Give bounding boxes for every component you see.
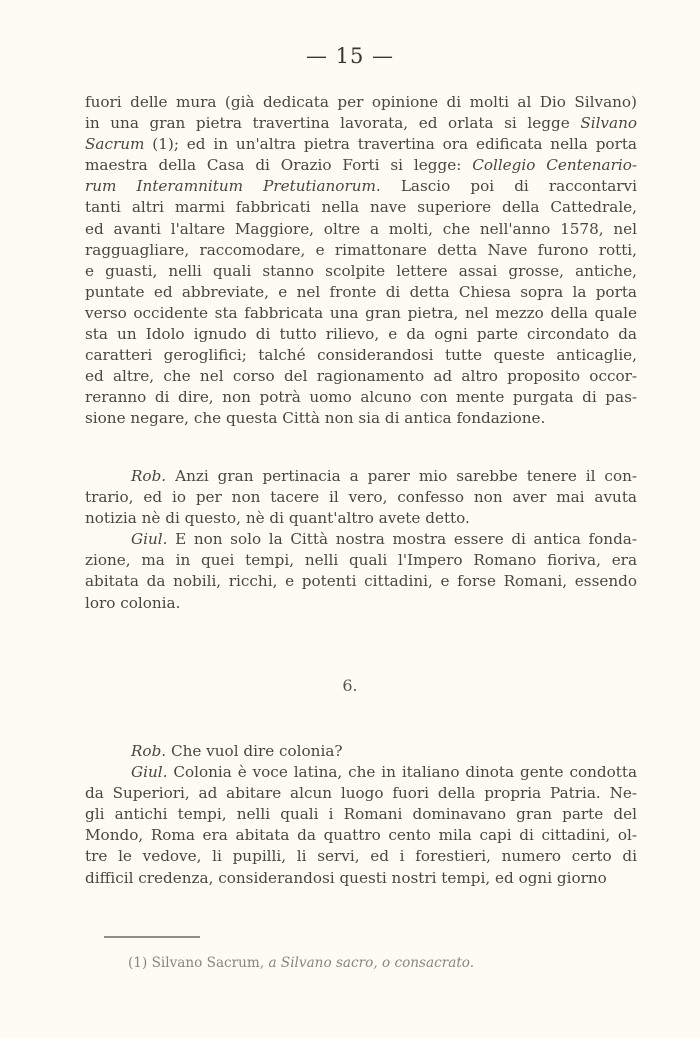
italic-text: Giul.: [131, 530, 167, 548]
text-line: ed avanti l'altare Maggiore, oltre a mol…: [85, 219, 637, 240]
text-line: loro colonia.: [85, 593, 637, 614]
line-text: loro colonia.: [85, 594, 180, 612]
line-text: E non solo la Città nostra mostra essere…: [167, 530, 637, 548]
italic-text: Collegio Centenario-: [472, 156, 637, 174]
footnote-marker: (1): [128, 955, 147, 971]
text-line: ragguagliare, raccomodare, e rimattonare…: [85, 240, 637, 261]
text-line: maestra della Casa di Orazio Forti si le…: [85, 155, 637, 176]
text-line: sione negare, che questa Città non sia d…: [85, 408, 637, 429]
text-line: Giul. Colonia è voce latina, che in ital…: [85, 762, 637, 783]
text-line: caratteri geroglifici; talché consideran…: [85, 345, 637, 366]
line-text: tre le vedove, li pupilli, li servi, ed …: [85, 847, 637, 865]
line-text: (1); ed in un'altra pietra travertina or…: [144, 135, 637, 153]
line-text: reranno di dire, non potrà uomo alcuno c…: [85, 388, 637, 406]
text-line: ed altre, che nel corso del ragionamento…: [85, 366, 637, 387]
line-text: gli antichi tempi, nelli quali i Romani …: [85, 805, 637, 823]
dialogue-block-colonia: Rob. Che vuol dire colonia?Giul. Colonia…: [85, 741, 637, 889]
line-text: puntate ed abbreviate, e nel fronte di d…: [85, 283, 637, 301]
line-text: abitata da nobili, ricchi, e potenti cit…: [85, 572, 637, 590]
line-text: ragguagliare, raccomodare, e rimattonare…: [85, 241, 637, 259]
text-line: verso occidente sta fabbricata una gran …: [85, 303, 637, 324]
footnote-italic-text: a Silvano sacro, o consacrato.: [268, 955, 474, 971]
text-line: gli antichi tempi, nelli quali i Romani …: [85, 804, 637, 825]
line-text: tanti altri marmi fabbricati nella nave …: [85, 198, 637, 216]
line-text: . Lascio poi di raccontarvi: [376, 177, 637, 195]
text-line: reranno di dire, non potrà uomo alcuno c…: [85, 387, 637, 408]
line-text: ed altre, che nel corso del ragionamento…: [85, 367, 637, 385]
footnote-text: Silvano Sacrum,: [147, 955, 268, 971]
line-text: Anzi gran pertinacia a parer mio sarebbe…: [166, 467, 637, 485]
text-line: abitata da nobili, ricchi, e potenti cit…: [85, 571, 637, 592]
line-text: sta un Idolo ignudo di tutto rilievo, e …: [85, 325, 637, 343]
text-line: puntate ed abbreviate, e nel fronte di d…: [85, 282, 637, 303]
text-line: zione, ma in quei tempi, nelli quali l'I…: [85, 550, 637, 571]
line-text: verso occidente sta fabbricata una gran …: [85, 304, 637, 322]
text-line: rum Interamnitum Pretutianorum. Lascio p…: [85, 176, 637, 197]
text-line: sta un Idolo ignudo di tutto rilievo, e …: [85, 324, 637, 345]
italic-text: rum Interamnitum Pretutianorum: [85, 177, 376, 195]
line-text: e guasti, nelli quali stanno scolpite le…: [85, 262, 637, 280]
text-line: fuori delle mura (già dedicata per opini…: [85, 92, 637, 113]
italic-text: Sacrum: [85, 135, 144, 153]
text-line: Mondo, Roma era abitata da quattro cento…: [85, 825, 637, 846]
line-text: in una gran pietra travertina lavorata, …: [85, 114, 580, 132]
dialogue-block-rob-giul: Rob. Anzi gran pertinacia a parer mio sa…: [85, 466, 637, 614]
page-number: — 15 —: [0, 44, 700, 68]
text-line: Giul. E non solo la Città nostra mostra …: [85, 529, 637, 550]
text-line: Sacrum (1); ed in un'altra pietra traver…: [85, 134, 637, 155]
text-line: e guasti, nelli quali stanno scolpite le…: [85, 261, 637, 282]
italic-text: Silvano: [580, 114, 637, 132]
text-line: in una gran pietra travertina lavorata, …: [85, 113, 637, 134]
footnote-divider: [104, 936, 200, 938]
line-text: maestra della Casa di Orazio Forti si le…: [85, 156, 472, 174]
line-text: difficil credenza, considerandosi questi…: [85, 869, 607, 887]
text-line: da Superiori, ad abitare alcun luogo fuo…: [85, 783, 637, 804]
text-line: trario, ed io per non tacere il vero, co…: [85, 487, 637, 508]
line-text: trario, ed io per non tacere il vero, co…: [85, 488, 637, 506]
italic-text: Rob.: [131, 742, 166, 760]
line-text: Che vuol dire colonia?: [166, 742, 342, 760]
line-text: Mondo, Roma era abitata da quattro cento…: [85, 826, 637, 844]
line-text: Colonia è voce latina, che in italiano d…: [167, 763, 637, 781]
line-text: zione, ma in quei tempi, nelli quali l'I…: [85, 551, 637, 569]
line-text: notizia nè di questo, nè di quant'altro …: [85, 509, 470, 527]
text-line: difficil credenza, considerandosi questi…: [85, 868, 637, 889]
text-line: notizia nè di questo, nè di quant'altro …: [85, 508, 637, 529]
paragraph-block-1: fuori delle mura (già dedicata per opini…: [85, 92, 637, 430]
section-number: 6.: [0, 676, 700, 695]
text-line: Rob. Anzi gran pertinacia a parer mio sa…: [85, 466, 637, 487]
line-text: ed avanti l'altare Maggiore, oltre a mol…: [85, 220, 637, 238]
italic-text: Rob.: [131, 467, 166, 485]
line-text: da Superiori, ad abitare alcun luogo fuo…: [85, 784, 637, 802]
line-text: sione negare, che questa Città non sia d…: [85, 409, 545, 427]
footnote: (1) Silvano Sacrum, a Silvano sacro, o c…: [128, 955, 474, 971]
italic-text: Giul.: [131, 763, 167, 781]
text-line: tre le vedove, li pupilli, li servi, ed …: [85, 846, 637, 867]
text-line: Rob. Che vuol dire colonia?: [85, 741, 637, 762]
text-line: tanti altri marmi fabbricati nella nave …: [85, 197, 637, 218]
line-text: fuori delle mura (già dedicata per opini…: [85, 93, 637, 111]
line-text: caratteri geroglifici; talché consideran…: [85, 346, 637, 364]
